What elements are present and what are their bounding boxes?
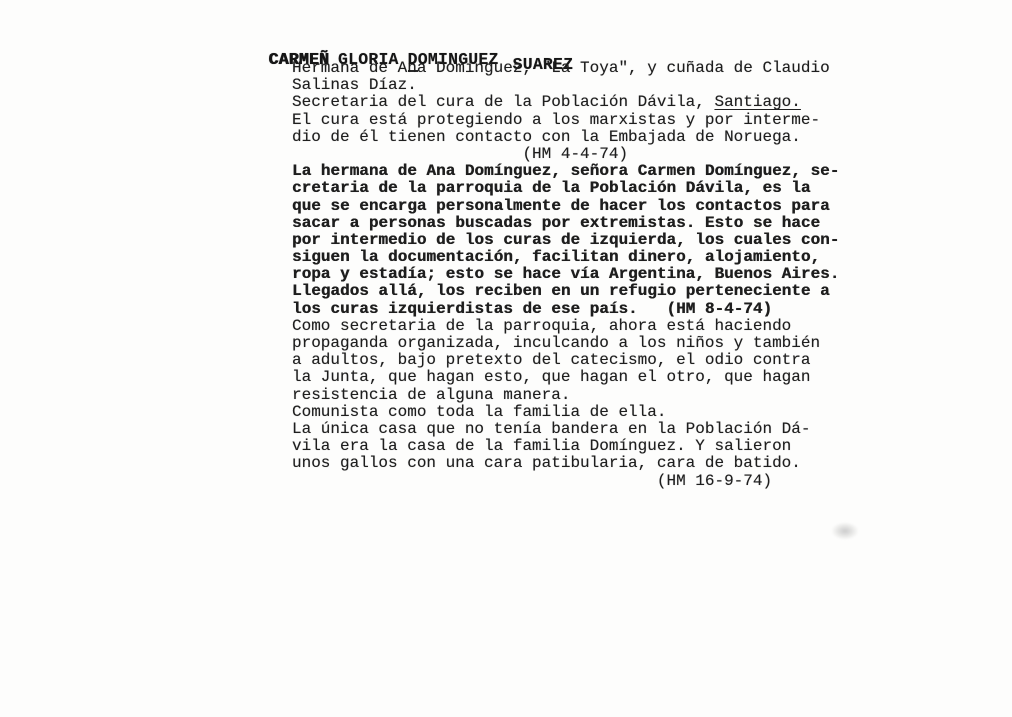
typed-line: Llegados allá, los reciben en un refugio… xyxy=(292,283,839,300)
typed-line: El cura está protegiendo a los marxistas… xyxy=(292,112,839,129)
typed-line: dio de él tienen contacto con la Embajad… xyxy=(292,129,839,146)
underlined-text: Santiago. xyxy=(714,93,800,111)
typed-line: Hermana de Ana Domínguez, "La Toya", y c… xyxy=(292,60,839,77)
typed-line: por intermedio de los curas de izquierda… xyxy=(292,232,839,249)
typed-line: La única casa que no tenía bandera en la… xyxy=(292,421,839,438)
document-page: CARMEÑGLORIADOMINGUEZSUAREZ Hermana de A… xyxy=(0,0,1012,717)
typed-line: Secretaria del cura de la Población Dávi… xyxy=(292,94,839,111)
typed-line: La hermana de Ana Domínguez, señora Carm… xyxy=(292,163,839,180)
typed-line: ropa y estadía; esto se hace vía Argenti… xyxy=(292,266,839,283)
typed-line: que se encarga personalmente de hacer lo… xyxy=(292,198,839,215)
typed-line: propaganda organizada, inculcando a los … xyxy=(292,335,839,352)
typed-line: Salinas Díaz. xyxy=(292,77,839,94)
typed-text: Secretaria del cura de la Población Dávi… xyxy=(292,93,714,111)
typed-line: Comunista como toda la familia de ella. xyxy=(292,404,839,421)
typed-line: cretaria de la parroquia de la Población… xyxy=(292,180,839,197)
typed-line: unos gallos con una cara patibularia, ca… xyxy=(292,455,839,472)
typed-line: siguen la documentación, facilitan diner… xyxy=(292,249,839,266)
typed-line: Como secretaria de la parroquia, ahora e… xyxy=(292,318,839,335)
typed-line: los curas izquierdistas de ese país. (HM… xyxy=(292,301,839,318)
typed-line: vila era la casa de la familia Domínguez… xyxy=(292,438,839,455)
typed-text-block: Hermana de Ana Domínguez, "La Toya", y c… xyxy=(292,60,839,490)
typed-line: sacar a personas buscadas por extremista… xyxy=(292,215,839,232)
scan-smudge xyxy=(831,522,859,540)
typed-line: resistencia de alguna manera. xyxy=(292,387,839,404)
typed-line: la Junta, que hagan esto, que hagan el o… xyxy=(292,369,839,386)
typed-line: a adultos, bajo pretexto del catecismo, … xyxy=(292,352,839,369)
typed-line: (HM 16-9-74) xyxy=(292,473,839,490)
typed-line: (HM 4-4-74) xyxy=(292,146,839,163)
